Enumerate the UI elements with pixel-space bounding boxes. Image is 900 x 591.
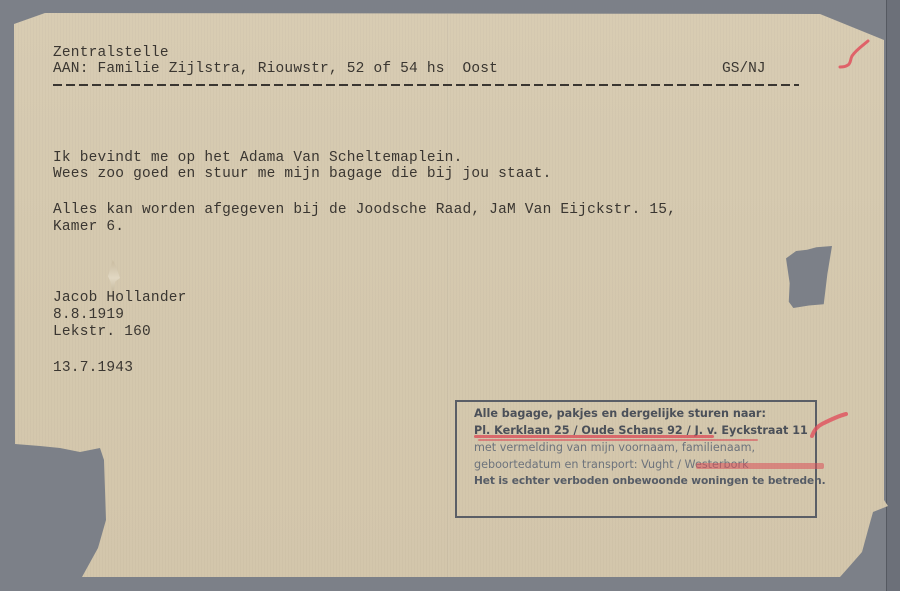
signature-name: Jacob Hollander xyxy=(53,290,187,307)
body-line-4: Kamer 6. xyxy=(53,219,124,236)
header-reference-code: GS/NJ xyxy=(722,61,766,78)
stamp-line-4: geboortedatum en transport: Vught / West… xyxy=(474,456,815,473)
red-underline-strike xyxy=(474,435,714,438)
stamp-line-4-prefix: geboortedatum en transport: xyxy=(474,458,641,471)
body-line-3: Alles kan worden afgegeven bij de Joodsc… xyxy=(53,202,676,219)
header-dashed-divider xyxy=(53,84,799,86)
paper-document: Zentralstelle AAN: Familie Zijlstra, Rio… xyxy=(0,0,900,591)
header-organization: Zentralstelle xyxy=(53,45,169,62)
red-check-mark-icon xyxy=(838,38,874,72)
paper-fold-crease xyxy=(447,14,449,577)
body-line-2: Wees zoo goed en stuur me mijn bagage di… xyxy=(53,166,551,183)
letter-date: 13.7.1943 xyxy=(53,360,133,377)
paper-torn-hole xyxy=(786,246,832,308)
stamped-notice-box: Alle bagage, pakjes en dergelijke sturen… xyxy=(455,400,817,518)
signature-birth-date: 8.8.1919 xyxy=(53,307,124,324)
stamp-line-1: Alle bagage, pakjes en dergelijke sturen… xyxy=(474,405,815,422)
red-pencil-mark-icon xyxy=(808,410,848,442)
red-strike-destinations xyxy=(696,463,824,469)
stamp-line-5: Het is echter verboden onbewoonde woning… xyxy=(474,473,815,490)
stamp-line-3: met vermelding van mijn voornaam, famili… xyxy=(474,439,815,456)
scanner-background-strip xyxy=(886,0,900,591)
header-addressee: AAN: Familie Zijlstra, Riouwstr, 52 of 5… xyxy=(53,61,498,78)
stamp-line-2: Pl. Kerklaan 25 / Oude Schans 92 / J. v.… xyxy=(474,422,815,439)
body-line-1: Ik bevindt me op het Adama Van Scheltema… xyxy=(53,150,462,167)
signature-address: Lekstr. 160 xyxy=(53,324,151,341)
